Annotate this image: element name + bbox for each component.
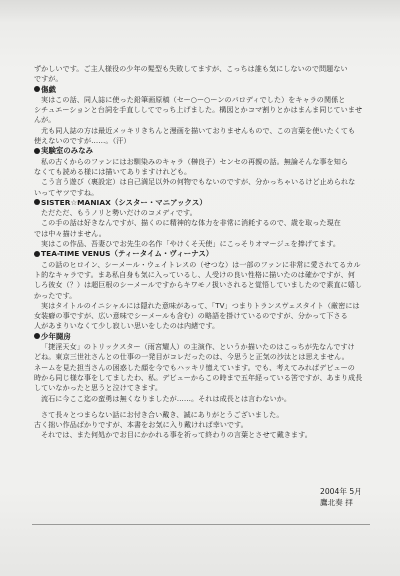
- signature-date: 2004年 5月: [320, 487, 362, 498]
- bullet-icon: [34, 86, 40, 92]
- section-heading: TEA-TIME VENUS（ティータイム・ヴィーナス）: [34, 249, 370, 259]
- text-line: 実はタイトルのイニシャルには隠れた意味があって、「TV」つまりトランスヴェスタイ…: [34, 301, 370, 311]
- text-line: 使えないのですが……。（汗）: [34, 136, 370, 146]
- text-line: 時から同じ様な事をしてましたわ、私。デビューからこの時まで五年経っている筈ですが…: [34, 373, 370, 383]
- text-line: この話のヒロイン、シーメール・ウェイトレスの（せつな）は一部のファンに非常に愛さ…: [34, 260, 370, 270]
- text-line: しろ彼女（？）は超巨根のシーメールですからキワモノ扱いされると覚悟していましたの…: [34, 280, 370, 290]
- afterword-page: ずかしいです。ご主人様役の少年の髪型も失敗してますが、こっちは誰も気にしないので…: [0, 0, 400, 576]
- text-line: 流石に今ここ迄の蛮勇は無くなりましたが……。それは成長とは言わないか。: [34, 394, 370, 404]
- text-line: 私の古くからのファンにはお馴染みのキャラ（榊良子）センセの再親の話。無論そんな事…: [34, 157, 370, 167]
- text-line: ト的なキャラです。まあ私自身も気に入っているし、人受けの良い性格に描いたのは確か…: [34, 270, 370, 280]
- text-line: 人があまりいなくて少し寂しい思いをしたのは内緒です。: [34, 321, 370, 331]
- section-heading: SISTER☆MANIAX（シスター・マニアックス）: [34, 198, 370, 208]
- text-line: 実はこの作品、吾妻ひでお先生の名作「やけくそ天使」にこっそりオマージュを捧げてま…: [34, 239, 370, 249]
- afterword-body: ずかしいです。ご主人様役の少年の髪型も失敗してますが、こっちは誰も気にしないので…: [34, 64, 370, 441]
- section-heading: 実験室のみなみ: [34, 146, 370, 156]
- signature-author: 鷹北奏 拝: [320, 498, 362, 509]
- text-line: シチュエーションと台詞を手直ししてでっち上げました。構図とかコマ割りとかはまんま…: [34, 105, 370, 115]
- text-line: んが。: [34, 115, 370, 125]
- text-line: では中々描けません。: [34, 229, 370, 239]
- page-top-shadow: [0, 0, 400, 22]
- section-heading: 少年闘房: [34, 332, 370, 342]
- bottom-rule: [32, 524, 370, 525]
- signature-block: 2004年 5月 鷹北奏 拝: [320, 487, 362, 508]
- text-line: 尤も同人誌の方は最近メッキリきちんと漫画を描いておりませんもので、この言葉を使い…: [34, 126, 370, 136]
- text-line: なくても読める様には描いてありますけれども。: [34, 167, 370, 177]
- text-line: 古く拙い作品ばかりですが、本書をお気に入り戴ければ幸いです。: [34, 420, 370, 430]
- text-line: どね。東京三世社さんとの仕事の一発目がコレだったのは、今思うと正気の沙汰とは思え…: [34, 352, 370, 362]
- text-line: ただただ、もうノリと勢いだけのコメディです。: [34, 208, 370, 218]
- text-line: ネームを見た担当さんの困惑した顔を今でもハッキリ憶えています。でも、考えてみれば…: [34, 363, 370, 373]
- text-line: さて長々とつまらない話にお付き合い戴き、誠にありがとうございました。: [34, 410, 370, 420]
- section-heading: 傷戯: [34, 85, 370, 95]
- text-line: 実はこの話、同人誌に使った鉛筆画原稿（セー○ー○ーンのパロディでした）をキャラの…: [34, 95, 370, 105]
- bullet-icon: [34, 333, 40, 339]
- text-line: 「捷淫天女」のトリックスター（雨宮耀人）の主演作、というか描いたのはこっちが先な…: [34, 342, 370, 352]
- bullet-icon: [34, 251, 40, 257]
- text-line: ですが。: [34, 74, 370, 84]
- text-line: ずかしいです。ご主人様役の少年の髪型も失敗してますが、こっちは誰も気にしないので…: [34, 64, 370, 74]
- text-line: 女装癖の事ですが、広い意味でシーメールも含む）の略語を掛けているのですが、分かっ…: [34, 311, 370, 321]
- bullet-icon: [34, 148, 40, 154]
- text-line: かったです。: [34, 291, 370, 301]
- text-line: それでは、また何処かでお目にかかれる事を祈って終わりの言葉とさせて戴きます。: [34, 430, 370, 440]
- text-line: していなかったと思うと泣けてきます。: [34, 383, 370, 393]
- bullet-icon: [34, 199, 40, 205]
- text-line: いってヤツですね。: [34, 188, 370, 198]
- text-line: この手の話は好きなんですが、描くのに精神的な体力を非常に消耗するので、歳を取った…: [34, 218, 370, 228]
- text-line: こう言う遊び（裏設定）は自己満足以外の何物でもないのですが、分かっちゃいるけど止…: [34, 177, 370, 187]
